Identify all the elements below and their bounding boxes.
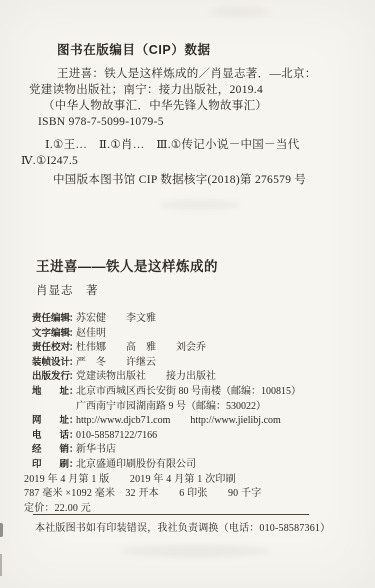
colophon-colon: ： — [69, 443, 76, 458]
colophon-row-address-1: 地址：北京市西城区西长安街 80 号南楼（邮编：100815） — [32, 385, 369, 400]
colophon-row-designer: 装帧设计：严 冬 许继云 — [32, 356, 369, 371]
colophon-label: 装帧设计 — [32, 356, 69, 371]
cip-record-line: 中国版本图书馆 CIP 数据核字(2018)第 276579 号 — [29, 172, 369, 188]
cip-record-paragraph: 中国版本图书馆 CIP 数据核字(2018)第 276579 号 — [29, 172, 369, 188]
colophon-label: 电话 — [32, 429, 69, 444]
colophon-colon: ： — [69, 356, 76, 371]
cip-isbn-line: ISBN 978-7-5099-1079-5 — [29, 114, 369, 130]
scan-smudge — [160, 200, 240, 210]
colophon-row-printer: 印刷：北京盛通印刷股份有限公司 — [32, 458, 369, 473]
scan-edge-mark — [0, 523, 3, 537]
colophon-value: 新华书店 — [76, 444, 116, 455]
colophon-label: 地址 — [32, 385, 69, 400]
colophon-label: 文字编辑 — [32, 327, 69, 342]
cip-class-line-2: Ⅳ.①I247.5 — [29, 153, 369, 169]
colophon-value: 010-58587122/7166 — [76, 430, 157, 441]
scan-smudge — [120, 545, 270, 557]
book-copyright-page: 图书在版编目（CIP）数据 王进喜：铁人是这样炼成的／肖显志著．—北京： 党建读… — [0, 0, 375, 588]
colophon-colon: ： — [69, 414, 76, 429]
colophon-value: 苏宏健 李文雅 — [76, 313, 156, 324]
colophon-label: 印刷 — [32, 458, 69, 473]
colophon: 责任编辑：苏宏健 李文雅 文字编辑：赵佳明 责任校对：杜伟娜 高 雅 刘会乔 装… — [32, 312, 369, 516]
colophon-row-address-2: 广西南宁市园湖南路 9 号（邮编：530022） — [32, 400, 369, 415]
colophon-value: 赵佳明 — [76, 328, 106, 339]
colophon-row-publisher: 出版发行：党建读物出版社 接力出版社 — [32, 370, 369, 385]
cip-description-paragraph: 王进喜：铁人是这样炼成的／肖显志著．—北京： 党建读物出版社；南宁：接力出版社，… — [29, 66, 369, 130]
colophon-row-phone: 电话：010-58587122/7166 — [32, 429, 369, 444]
colophon-colon: ： — [69, 370, 76, 385]
colophon-label: 责任编辑 — [32, 312, 69, 327]
colophon-label: 出版发行 — [32, 370, 69, 385]
cip-publisher-line: 党建读物出版社；南宁：接力出版社，2019.4 — [29, 82, 369, 98]
colophon-label: 经销 — [32, 443, 69, 458]
cip-title-line: 王进喜：铁人是这样炼成的／肖显志著．—北京： — [29, 66, 369, 82]
colophon-value: 党建读物出版社 接力出版社 — [76, 371, 216, 382]
colophon-colon: ： — [69, 327, 76, 342]
misprint-exchange-note: 本社版图书如有印装错误，我社负责调换（电话：010-58587361） — [35, 519, 330, 534]
colophon-row-proofreader: 责任校对：杜伟娜 高 雅 刘会乔 — [32, 341, 369, 356]
colophon-value: http://www.djcb71.com http://www.jielibj… — [76, 415, 281, 426]
colophon-colon: ： — [69, 458, 76, 473]
colophon-value: 广西南宁市园湖南路 9 号（邮编：530022） — [76, 401, 266, 412]
colophon-value: 北京盛通印刷股份有限公司 — [76, 459, 196, 470]
colophon-label: 责任校对 — [32, 341, 69, 356]
colophon-colon: ： — [69, 341, 76, 356]
book-title: 王进喜——铁人是这样炼成的 — [36, 255, 218, 275]
colophon-value: 杜伟娜 高 雅 刘会乔 — [76, 342, 206, 353]
scan-smudge — [210, 8, 270, 16]
colophon-row-website: 网址：http://www.djcb71.com http://www.jiel… — [32, 414, 369, 429]
colophon-edition-line: 2019 年 4 月第 1 版 2019 年 4 月第 1 次印刷 — [24, 473, 369, 488]
colophon-colon: ： — [69, 429, 76, 444]
colophon-colon: ： — [69, 312, 76, 327]
colophon-value: 严 冬 许继云 — [76, 357, 156, 368]
colophon-value: 北京市西城区西长安街 80 号南楼（邮编：100815） — [76, 386, 301, 397]
scan-edge-mark — [0, 554, 2, 576]
colophon-row-editor: 责任编辑：苏宏健 李文雅 — [32, 312, 369, 327]
book-author: 肖显志 著 — [36, 282, 99, 298]
cip-class-line-1: Ⅰ.①王… Ⅱ.①肖… Ⅲ.①传记小说－中国－当代 — [29, 137, 369, 153]
colophon-colon: ： — [69, 385, 76, 400]
colophon-row-distributor: 经销：新华书店 — [32, 443, 369, 458]
cip-classification-paragraph: Ⅰ.①王… Ⅱ.①肖… Ⅲ.①传记小说－中国－当代 Ⅳ.①I247.5 — [29, 137, 369, 169]
colophon-row-text-editor: 文字编辑：赵佳明 — [32, 327, 369, 342]
cip-header: 图书在版编目（CIP）数据 — [57, 40, 211, 58]
colophon-format-line: 787 毫米 ×1092 毫米 32 开本 6 印张 90 千字 — [24, 487, 369, 502]
divider-rule — [33, 514, 309, 515]
colophon-label: 网址 — [32, 414, 69, 429]
cip-series-line: （中华人物故事汇．中华先锋人物故事汇） — [29, 98, 369, 114]
